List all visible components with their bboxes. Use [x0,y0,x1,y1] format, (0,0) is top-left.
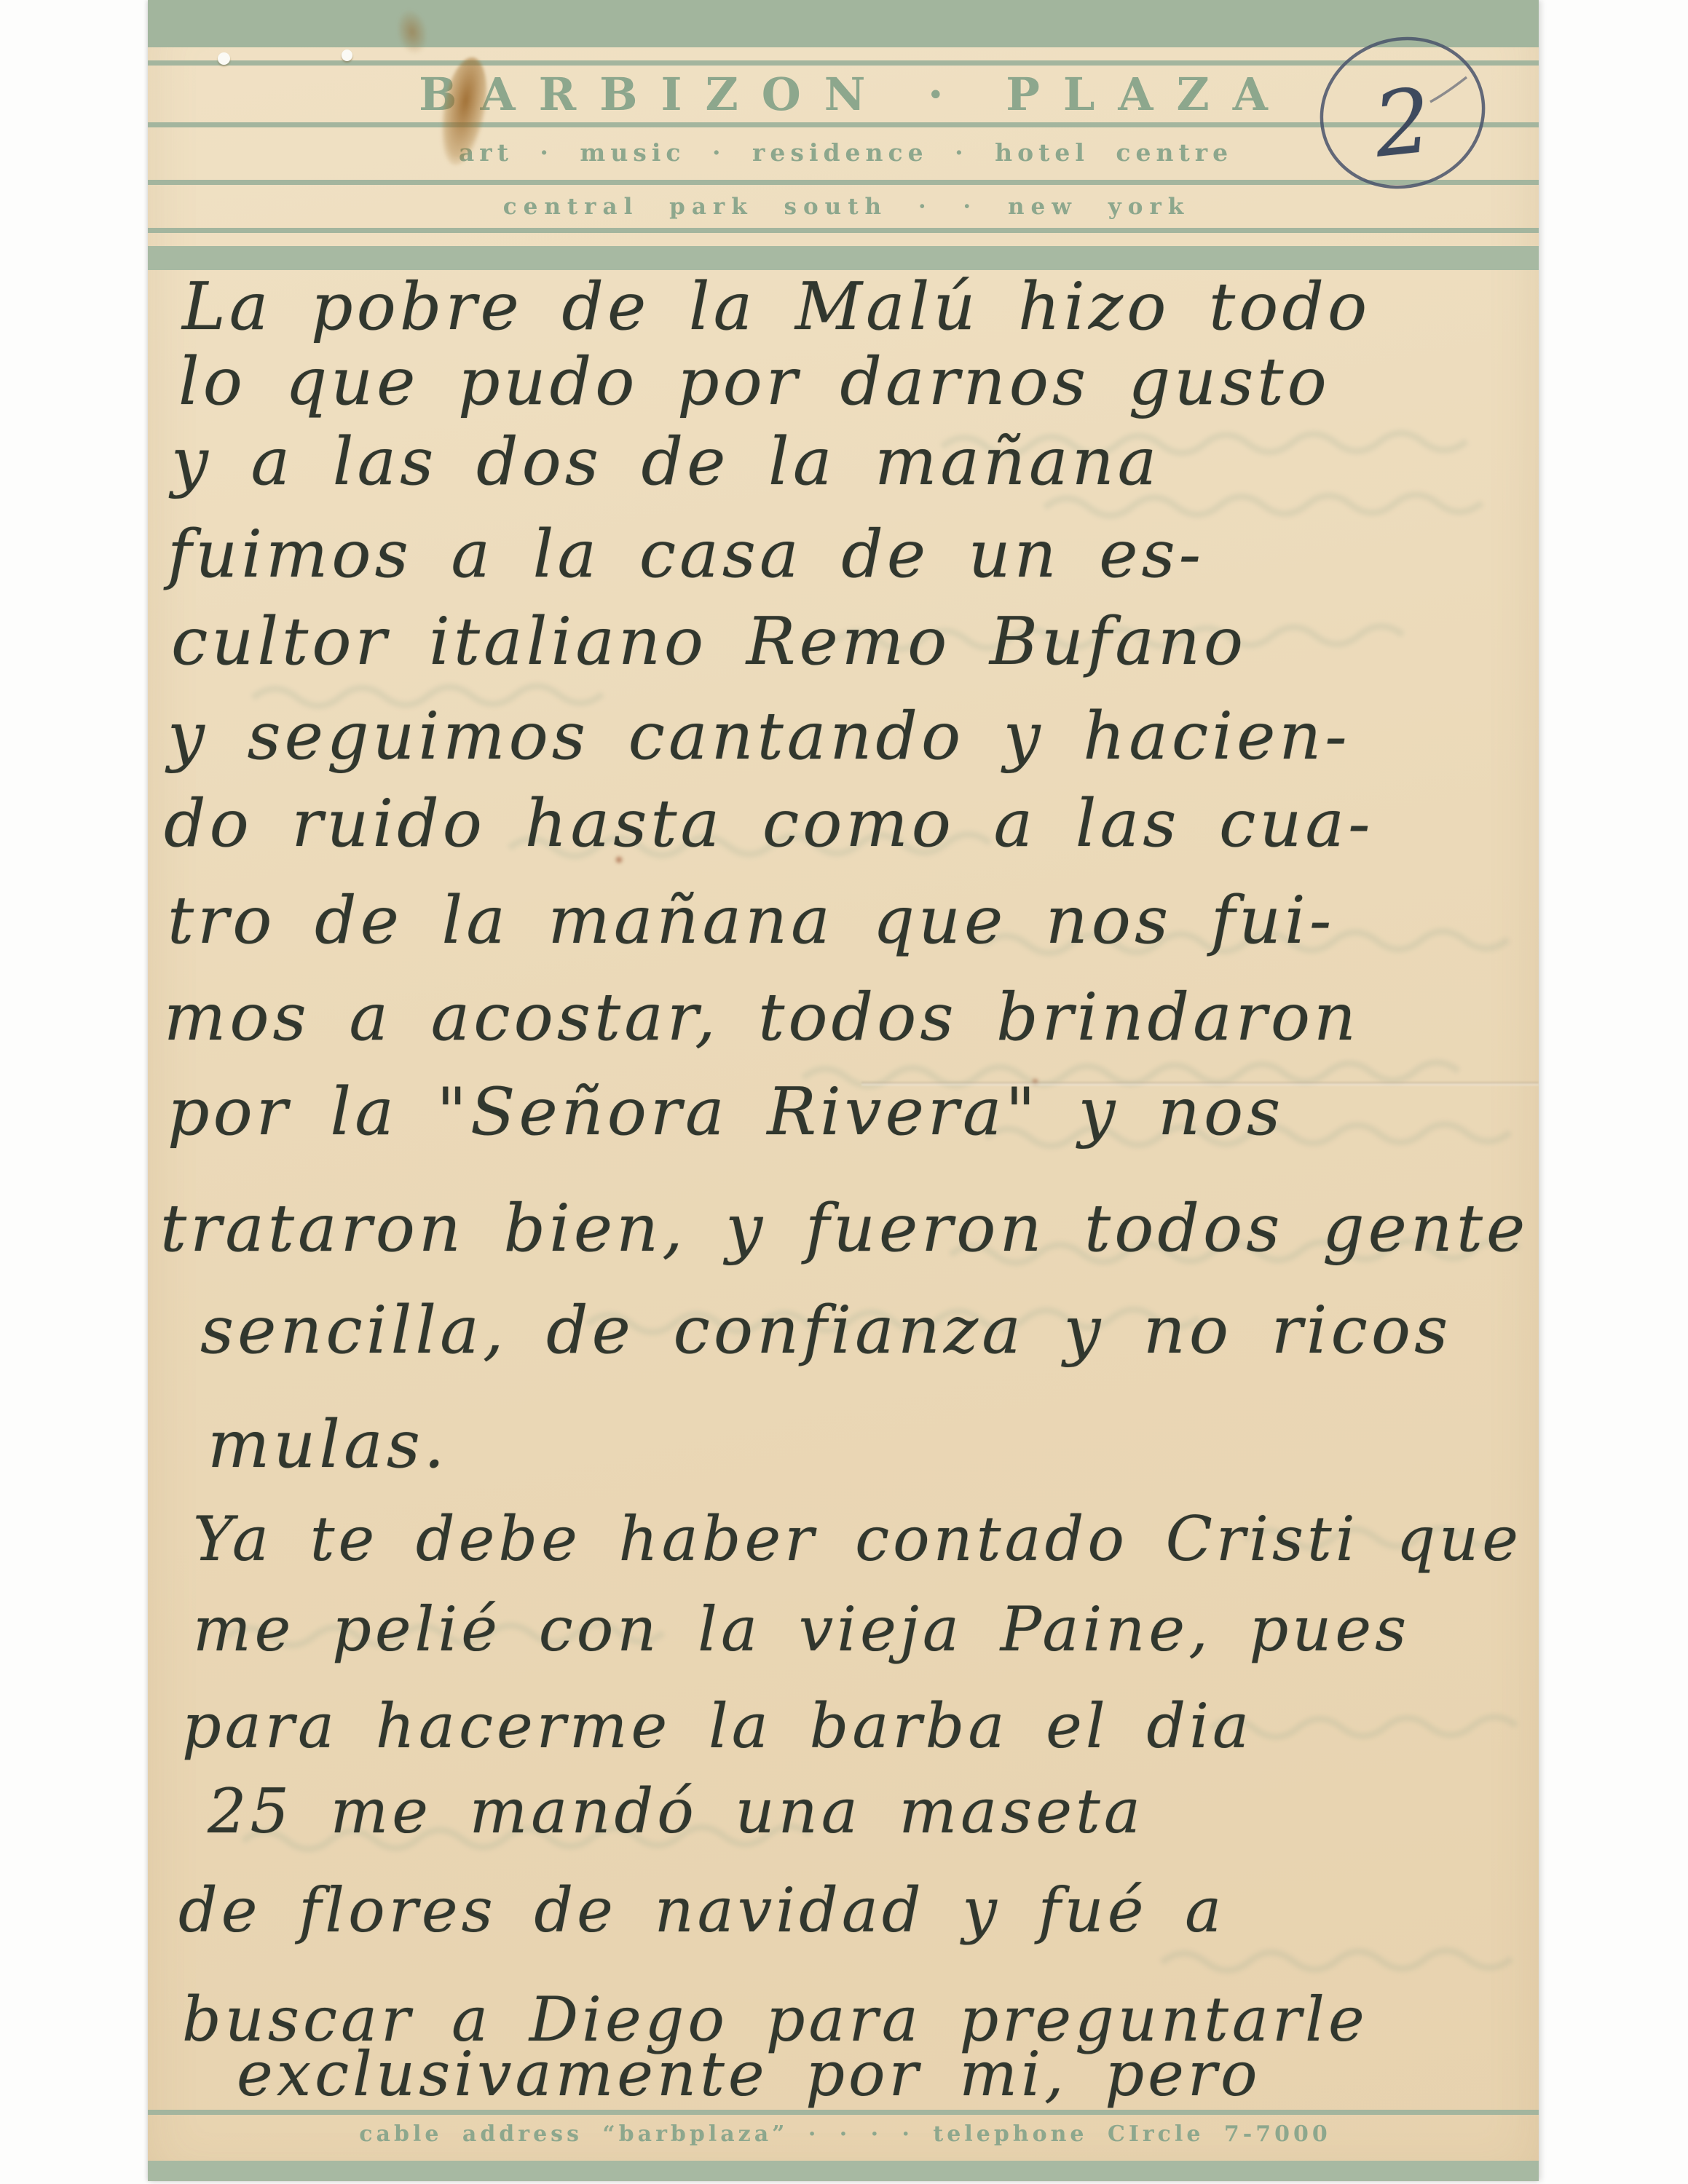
handwritten-line-9: mos a acostar, todos brindaron [164,979,1360,1056]
handwritten-line-18: de flores de navidad y fué a [178,1875,1225,1946]
handwritten-line-13: mulas. [208,1406,449,1483]
handwritten-line-20: exclusivamente por mi, pero [237,2038,1261,2110]
handwritten-line-1: La pobre de la Malú hizo todo [182,269,1370,345]
handwritten-line-15: me pelié con la vieja Paine, pues [193,1594,1410,1665]
handwritten-line-3: y a las dos de la mañana [171,424,1160,500]
handwritten-line-2: lo que pudo por darnos gusto [178,344,1330,420]
handwritten-line-6: y seguimos cantando y hacien- [167,698,1351,775]
handwritten-line-4: fuimos a la casa de un es- [167,516,1204,593]
page-number-circle: 2 [1312,26,1494,202]
handwritten-line-16: para hacerme la barba el dia [182,1690,1253,1762]
page-number: 2 [1369,68,1436,177]
handwritten-line-10: por la "Señora Rivera" y nos [167,1074,1284,1150]
handwritten-line-14: Ya te debe haber contado Cristi que [193,1503,1522,1575]
handwritten-line-12: sencilla, de confianza y no ricos [200,1292,1451,1369]
handwriting-body: La pobre de la Malú hizo todolo que pudo… [148,0,1539,2181]
handwritten-line-11: trataron bien, y fueron todos gente [160,1190,1529,1267]
footer-cable-line: cable address “barbplaza” · · · · teleph… [148,2121,1539,2147]
letter-paper: BARBIZON · PLAZA art · music · residence… [148,0,1539,2181]
scanned-letter-page: BARBIZON · PLAZA art · music · residence… [0,0,1688,2184]
footer-band [148,2161,1539,2181]
footer-rule [148,2110,1539,2115]
handwritten-line-8: tro de la mañana que nos fui- [167,882,1335,959]
handwritten-line-5: cultor italiano Remo Bufano [171,604,1247,680]
handwritten-line-17: 25 me mandó una maseta [208,1776,1144,1847]
handwritten-line-7: do ruido hasta como a las cua- [164,786,1373,862]
